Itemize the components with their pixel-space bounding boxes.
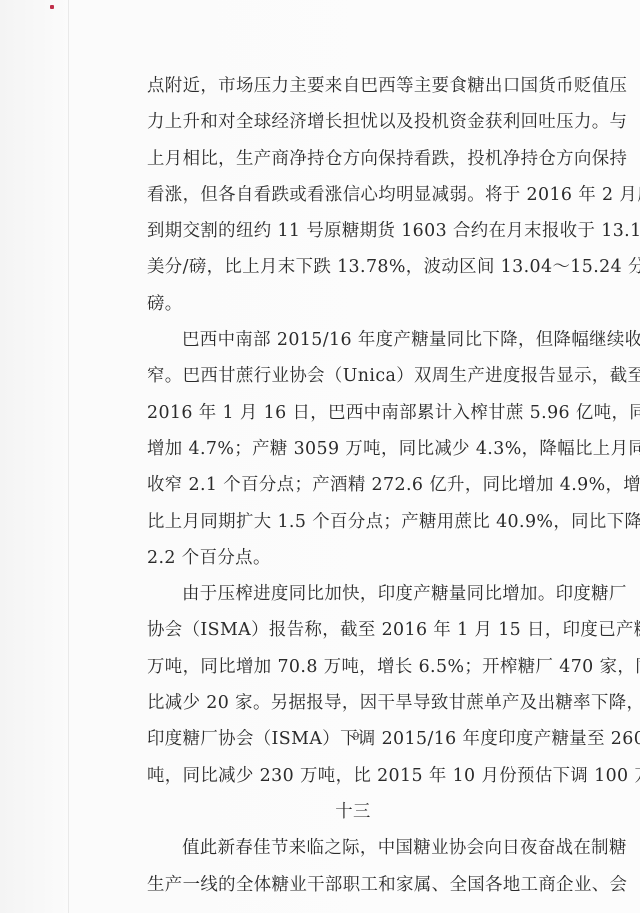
document-page: 点附近，市场压力主要来自巴西等主要食糖出口国货币贬值压 力上升和对全球经济增长担… — [0, 0, 640, 913]
text-line: 由于压榨进度同比加快，印度产糖量同比增加。印度糖厂 — [147, 576, 565, 612]
section-heading: 十三 — [147, 794, 565, 830]
market-pressure-paragraph: 点附近，市场压力主要来自巴西等主要食糖出口国货币贬值压 力上升和对全球经济增长担… — [147, 68, 565, 322]
text-line: 比上月同期扩大 1.5 个百分点；产糖用蔗比 40.9%，同比下降 — [147, 504, 565, 540]
page-fold-shadow — [68, 0, 69, 913]
text-line: 磅。 — [147, 286, 565, 322]
text-line: 收窄 2.1 个百分点；产酒精 272.6 亿升，同比增加 4.9%，增幅 — [147, 467, 565, 503]
text-line: 吨，同比减少 230 万吨，比 2015 年 10 月份预估下调 100 万吨。 — [147, 758, 565, 794]
document-body: 点附近，市场压力主要来自巴西等主要食糖出口国货币贬值压 力上升和对全球经济增长担… — [147, 68, 565, 903]
text-line: 协会（ISMA）报告称，截至 2016 年 1 月 15 日，印度已产糖 110… — [147, 612, 565, 648]
text-line: 万吨，同比增加 70.8 万吨，增长 6.5%；开榨糖厂 470 家，同 — [147, 649, 565, 685]
text-line: 力上升和对全球经济增长担忧以及投机资金获利回吐压力。与 — [147, 104, 565, 140]
scan-mark — [50, 5, 54, 9]
text-line: 点附近，市场压力主要来自巴西等主要食糖出口国货币贬值压 — [147, 68, 565, 104]
text-line: 比减少 20 家。另据报导，因干旱导致甘蔗单产及出糖率下降， — [147, 685, 565, 721]
text-line: 上月相比，生产商净持仓方向保持看跌，投机净持仓方向保持 — [147, 141, 565, 177]
page-number: 9 — [348, 730, 364, 743]
text-line: 看涨，但各自看跌或看涨信心均明显减弱。将于 2016 年 2 月底 — [147, 177, 565, 213]
text-line: 美分/磅，比上月末下跌 13.78%，波动区间 13.04～15.24 分/ — [147, 249, 565, 285]
text-line: 到期交割的纽约 11 号原糖期货 1603 合约在月末报收于 13.14 — [147, 213, 565, 249]
text-line: 2016 年 1 月 16 日，巴西中南部累计入榨甘蔗 5.96 亿吨，同比 — [147, 395, 565, 431]
text-line: 生产一线的全体糖业干部职工和家属、全国各地工商企业、会 — [147, 867, 565, 903]
text-line: 值此新春佳节来临之际，中国糖业协会向日夜奋战在制糖 — [147, 830, 565, 866]
text-line: 窄。巴西甘蔗行业协会（Unica）双周生产进度报告显示，截至 — [147, 358, 565, 394]
india-production-paragraph: 由于压榨进度同比加快，印度产糖量同比增加。印度糖厂 协会（ISMA）报告称，截至… — [147, 576, 565, 794]
closing-paragraph: 值此新春佳节来临之际，中国糖业协会向日夜奋战在制糖 生产一线的全体糖业干部职工和… — [147, 830, 565, 903]
text-line: 增加 4.7%；产糖 3059 万吨，同比减少 4.3%，降幅比上月同期 — [147, 431, 565, 467]
text-line: 巴西中南部 2015/16 年度产糖量同比下降，但降幅继续收 — [147, 322, 565, 358]
brazil-production-paragraph: 巴西中南部 2015/16 年度产糖量同比下降，但降幅继续收 窄。巴西甘蔗行业协… — [147, 322, 565, 576]
text-line: 2.2 个百分点。 — [147, 540, 565, 576]
